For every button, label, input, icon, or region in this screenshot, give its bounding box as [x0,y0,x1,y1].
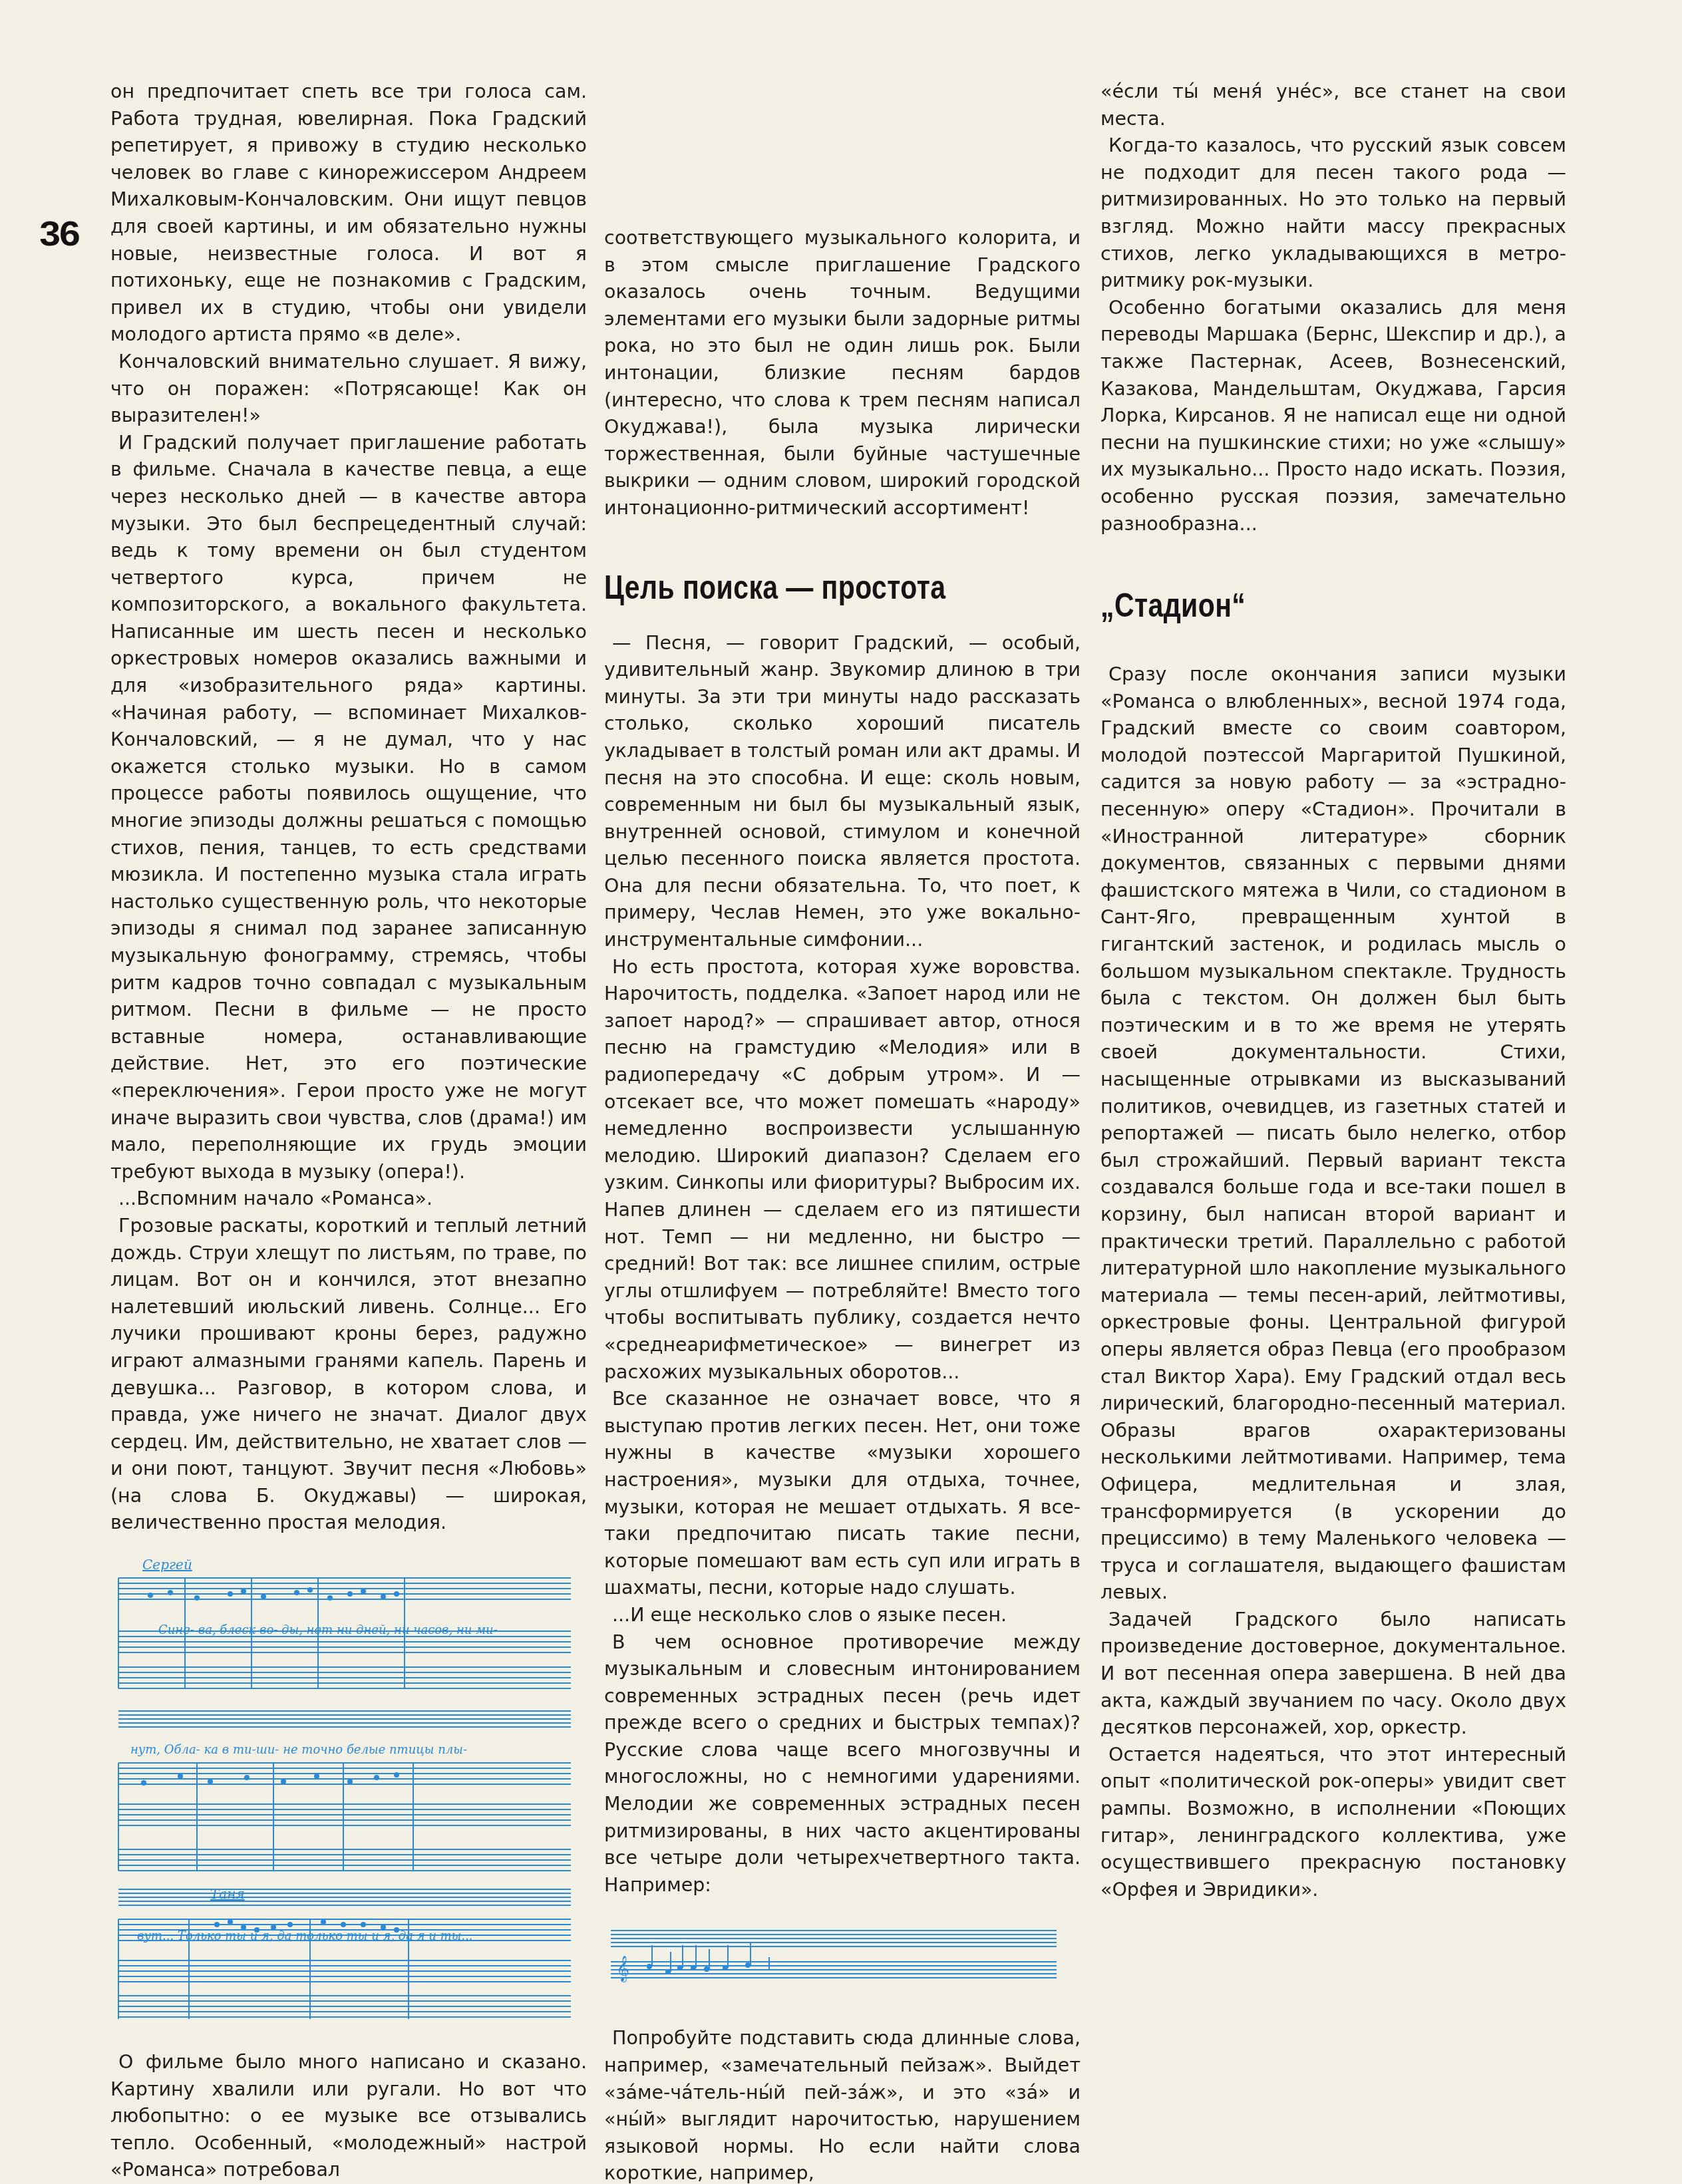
paragraph: он предпочитает спеть все три голоса сам… [110,78,587,349]
paragraph: Когда-то казалось, что русский язык совс… [1100,132,1566,295]
sheet-music-romance: Сергей Таня Сине- ва, блеск во- ды, нет … [110,1557,587,2022]
paragraph: — Песня, — говорит Градский, — особый, у… [604,630,1081,954]
lyric-line: Сине- ва, блеск во- ды, нет ни дней, ни … [158,1623,498,1637]
lyric-line: нут, Обла- ка в ти-ши- не точно белые пт… [130,1743,467,1757]
paragraph: Остается надеяться, что этот интересный … [1100,1742,1566,1904]
paragraph: Но есть простота, которая хуже воровства… [604,954,1081,1386]
lyric-line: вут... Только ты и я, да только ты и я, … [137,1929,473,1943]
page-number: 36 [39,214,79,254]
paragraph: И Градский получает приглашение работать… [110,430,587,1186]
rhythm-example-staff: 𝄞 [604,1925,1081,1985]
column-right: «е́сли ты́ меня́ уне́с», все станет на с… [1100,78,1566,1903]
paragraph: Все сказанное не означает вовсе, что я в… [604,1386,1081,1602]
paragraph: О фильме было много написано и сказано. … [110,2049,587,2184]
music-staves-icon: 𝄞 [604,1925,1081,1985]
paragraph: ...Вспомним начало «Романса». [110,1185,587,1213]
column-left: он предпочитает спеть все три голоса сам… [110,78,587,2184]
paragraph: соответствующего музыкального колорита, … [604,225,1081,522]
paragraph: В чем основное противоречие между музыка… [604,1629,1081,1899]
singer-label: Сергей [142,1557,192,1573]
paragraph: Грозовые раскаты, короткий и теплый летн… [110,1213,587,1537]
column-middle: соответствующего музыкального колорита, … [604,225,1081,2184]
section-heading: „Стадион“ [1100,587,1482,624]
paragraph: ...И еще несколько слов о языке песен. [604,1602,1081,1629]
paragraph: Сразу после окончания записи музыки «Ром… [1100,661,1566,1607]
paragraph: Кончаловский внимательно слушает. Я вижу… [110,349,587,430]
paragraph: Задачей Градского было написать произвед… [1100,1607,1566,1742]
paragraph: «е́сли ты́ меня́ уне́с», все станет на с… [1100,78,1566,132]
singer-label: Таня [210,1886,245,1902]
section-heading: Цель поиска — простота [604,569,995,606]
svg-text:𝄞: 𝄞 [616,1955,629,1982]
paragraph: Особенно богатыми оказались для меня пер… [1100,295,1566,538]
paragraph: Попробуйте подставить сюда длинные слова… [604,2025,1081,2184]
